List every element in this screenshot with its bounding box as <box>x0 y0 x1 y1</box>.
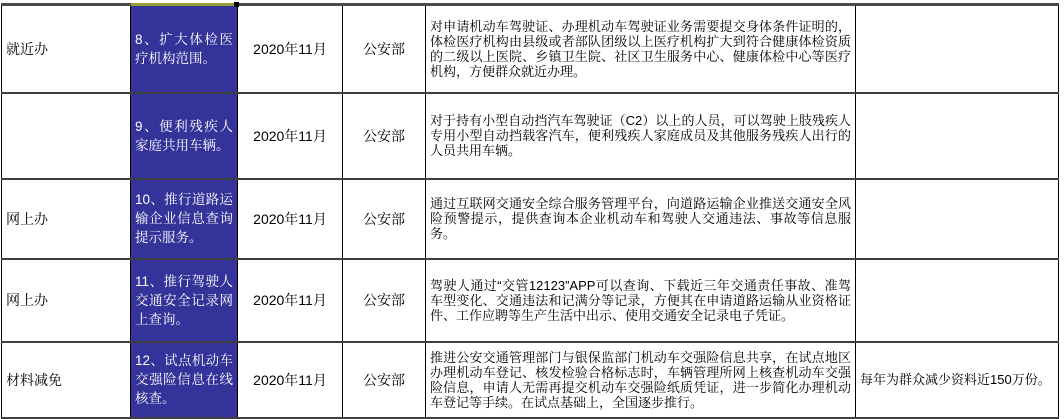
cell-date: 2020年11月 <box>238 5 343 93</box>
cell-department: 公安部 <box>343 259 426 342</box>
cell-date: 2020年11月 <box>238 259 343 342</box>
table-row: 就近办 8、扩大体检医疗机构范围。 2020年11月 公安部 对申请机动车驾驶证… <box>2 5 1059 93</box>
cell-benefit <box>856 5 1059 93</box>
cell-category: 网上办 <box>2 259 131 342</box>
cell-benefit <box>856 93 1059 179</box>
document-table-view: 就近办 8、扩大体检医疗机构范围。 2020年11月 公安部 对申请机动车驾驶证… <box>0 0 1064 419</box>
cell-category: 网上办 <box>2 179 131 259</box>
fill-handle-marker[interactable] <box>234 2 239 7</box>
cell-measure: 12、试点机动车交强险信息在线核查。 <box>131 342 238 418</box>
cell-description: 通过互联网交通安全综合服务管理平台，向道路运输企业推送交通安全风险预警提示，提供… <box>426 179 856 259</box>
table-row: 9、便利残疾人家庭共用车辆。 2020年11月 公安部 对于持有小型自动挡汽车驾… <box>2 93 1059 179</box>
table-row: 材料减免 12、试点机动车交强险信息在线核查。 2020年11月 公安部 推进公… <box>2 342 1059 418</box>
cell-department: 公安部 <box>343 5 426 93</box>
cell-description: 推进公安交通管理部门与银保监部门机动车交强险信息共享，在试点地区办理机动车登记、… <box>426 342 856 418</box>
cell-description: 驾驶人通过“交管12123”APP可以查询、下载近三年交通责任事故、准驾车型变化… <box>426 259 856 342</box>
cell-department: 公安部 <box>343 342 426 418</box>
cell-department: 公安部 <box>343 93 426 179</box>
cell-date: 2020年11月 <box>238 342 343 418</box>
cell-measure: 10、推行道路运输企业信息查询提示服务。 <box>131 179 238 259</box>
cell-benefit: 每年为群众减少资料近150万份。 <box>856 342 1059 418</box>
cell-benefit <box>856 179 1059 259</box>
cell-department: 公安部 <box>343 179 426 259</box>
cell-category <box>2 93 131 179</box>
cell-measure: 8、扩大体检医疗机构范围。 <box>131 5 238 93</box>
table-row: 网上办 11、推行驾驶人交通安全记录网上查询。 2020年11月 公安部 驾驶人… <box>2 259 1059 342</box>
cell-benefit <box>856 259 1059 342</box>
cell-measure: 11、推行驾驶人交通安全记录网上查询。 <box>131 259 238 342</box>
cell-date: 2020年11月 <box>238 93 343 179</box>
measures-table: 就近办 8、扩大体检医疗机构范围。 2020年11月 公安部 对申请机动车驾驶证… <box>1 3 1059 419</box>
cell-category: 材料减免 <box>2 342 131 418</box>
table-row: 网上办 10、推行道路运输企业信息查询提示服务。 2020年11月 公安部 通过… <box>2 179 1059 259</box>
cell-description: 对于持有小型自动挡汽车驾驶证（C2）以上的人员，可以驾驶上肢残疾人专用小型自动挡… <box>426 93 856 179</box>
cell-date: 2020年11月 <box>238 179 343 259</box>
cell-description: 对申请机动车驾驶证、办理机动车驾驶证业务需要提交身体条件证明的，体检医疗机构由县… <box>426 5 856 93</box>
cell-measure: 9、便利残疾人家庭共用车辆。 <box>131 93 238 179</box>
cell-category: 就近办 <box>2 5 131 93</box>
